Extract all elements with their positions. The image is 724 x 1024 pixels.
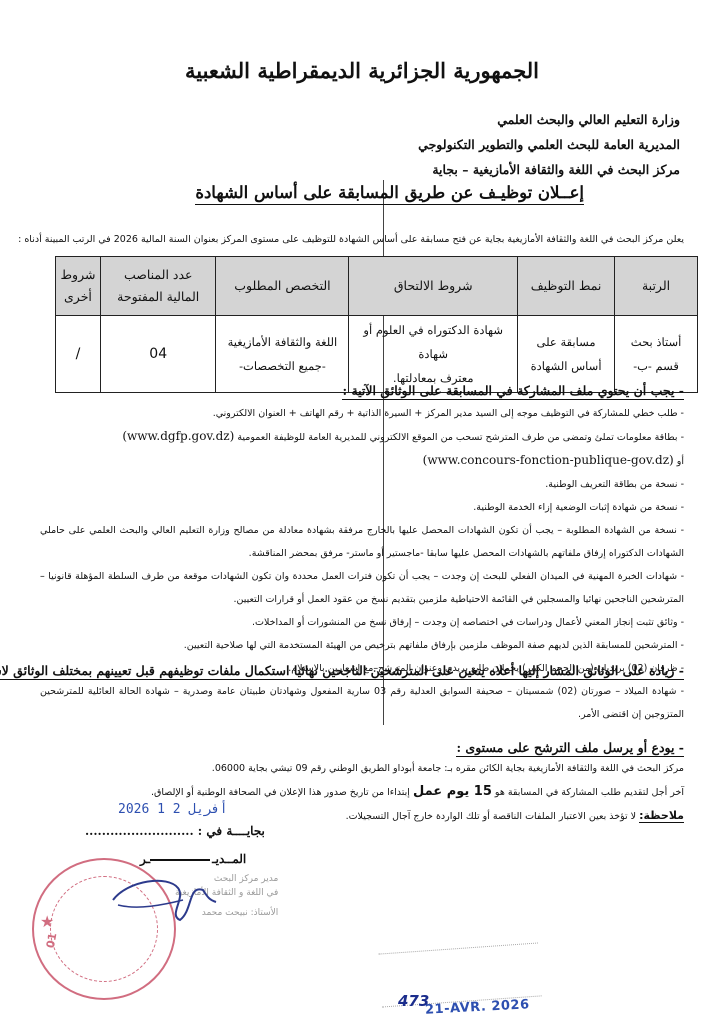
republic-header: الجمهورية الجزائرية الديمقراطية الشعبية: [0, 58, 724, 83]
center-name: مركز البحث في اللغة والثقافة الأمازيغية …: [418, 157, 680, 182]
submission-heading: - يودع أو يرسل ملف الترشح على مستوى :: [456, 740, 684, 757]
ministry-name: وزارة التعليم العالي والبحث العلمي: [418, 107, 680, 132]
note-text: لا تؤخذ بعين الاعتبار الملفات الناقصة أو…: [346, 811, 637, 822]
additional-text: - شهادة الميلاد – صورتان (02) شمسيتان – …: [40, 680, 684, 726]
announcement-title: إعــلان توظيـف عن طريق المسابقة على أساس…: [195, 183, 584, 205]
additional-section: - زيادة على الوثائق المشار إليها أعلاه ي…: [40, 660, 684, 726]
deadline-line: آخر أجل لتقديم طلب المشاركة في المسابقة …: [40, 780, 684, 804]
col-other-line1: شروط: [60, 264, 96, 286]
documents-section: - يجب أن يحتوي ملف المشاركة في المسابقة …: [40, 380, 684, 680]
star-icon: ★: [40, 912, 54, 931]
rank-line1: أستاذ بحث: [619, 330, 693, 354]
specialty-line2: -جميع التخصصات-: [220, 354, 344, 378]
director-title: المــديــر: [140, 852, 246, 866]
documents-heading: - يجب أن يحتوي ملف المشاركة في المسابقة …: [342, 383, 684, 400]
note-label: ملاحظة:: [639, 809, 684, 823]
directorate-name: المديرية العامة للبحث العلمي والتطوير ال…: [418, 132, 680, 157]
col-conditions: شروط الالتحاق: [349, 257, 518, 316]
col-positions-line1: عدد المناصب: [105, 264, 212, 286]
doc-item: - وثائق تثبت إنجاز المعني لأعمال ودراسات…: [40, 611, 684, 634]
col-other-line2: أخرى: [60, 286, 96, 308]
signature-icon: [108, 870, 218, 930]
col-recruitment-mode: نمط التوظيف: [518, 257, 615, 316]
specialty-line1: اللغة والثقافة الأمازيغية: [220, 330, 344, 354]
conditions-line1: شهادة الدكتوراه في العلوم أو شهادة: [353, 318, 513, 366]
col-rank: الرتبة: [615, 257, 698, 316]
concours-url: (www.concours-fonction-publique-gov.dz): [423, 453, 674, 467]
url-prefix: أو: [677, 456, 684, 467]
doc-item: أو (www.concours-fonction-publique-gov.d…: [40, 449, 684, 473]
director-label: المــديـ: [212, 852, 246, 866]
director-label-end: ـر: [140, 852, 150, 866]
mode-line2: أساس الشهادة: [522, 354, 610, 378]
announcement-page: الجمهورية الجزائرية الديمقراطية الشعبية …: [0, 0, 724, 1024]
col-specialty: التخصص المطلوب: [216, 257, 349, 316]
deadline-prefix: آخر أجل لتقديم طلب المشاركة في المسابقة …: [495, 787, 684, 798]
deadline-days: 15 يوم عمل: [413, 784, 492, 799]
col-positions-line2: المالية المفتوحة: [105, 286, 212, 308]
doc-item-text: - بطاقة معلومات تملئ وتمضى من طرف المترش…: [237, 432, 684, 443]
positions-table: الرتبة نمط التوظيف شروط الالتحاق التخصص …: [55, 256, 698, 393]
rank-line2: قسم -ب-: [619, 354, 693, 378]
deadline-suffix: إبتداءا من تاريخ صدور هذا الإعلان في الص…: [151, 787, 410, 798]
handwritten-date: 2026 أفريل 2 1: [118, 802, 228, 817]
col-other: شروط أخرى: [56, 257, 101, 316]
table-header-row: الرتبة نمط التوظيف شروط الالتحاق التخصص …: [56, 257, 698, 316]
institution-block: وزارة التعليم العالي والبحث العلمي المدي…: [418, 107, 680, 182]
doc-item: - بطاقة معلومات تملئ وتمضى من طرف المترش…: [40, 425, 684, 449]
dgfp-url: (www.dgfp.gov.dz): [122, 429, 234, 443]
seal-number: 01: [44, 932, 59, 949]
additional-heading: - زيادة على الوثائق المشار إليها أعلاه ي…: [0, 663, 684, 680]
doc-item: - نسخة من شهادة إثبات الوضعية إزاء الخدم…: [40, 496, 684, 519]
doc-item: - نسخة من الشهادة المطلوبة – يجب أن تكون…: [40, 519, 684, 565]
intro-paragraph: يعلن مركز البحث في اللغة والثقافة الأماز…: [18, 234, 684, 245]
doc-item: - شهادات الخبرة المهنية في الميدان الفعل…: [40, 565, 684, 611]
mode-line1: مسابقة على: [522, 330, 610, 354]
doc-item: - المترشحين للمسابقة الذين لديهم صفة الم…: [40, 634, 684, 657]
place-date-line: بجايــــة في : .........................…: [85, 824, 265, 838]
doc-item: - نسخة من بطاقة التعريف الوطنية.: [40, 473, 684, 496]
director-underline: [150, 859, 210, 861]
submission-address: مركز البحث في اللغة والثقافة الأمازيغية …: [40, 757, 684, 780]
doc-item: - طلب خطي للمشاركة في التوظيف موجه إلى ا…: [40, 402, 684, 425]
col-positions: عدد المناصب المالية المفتوحة: [100, 257, 216, 316]
